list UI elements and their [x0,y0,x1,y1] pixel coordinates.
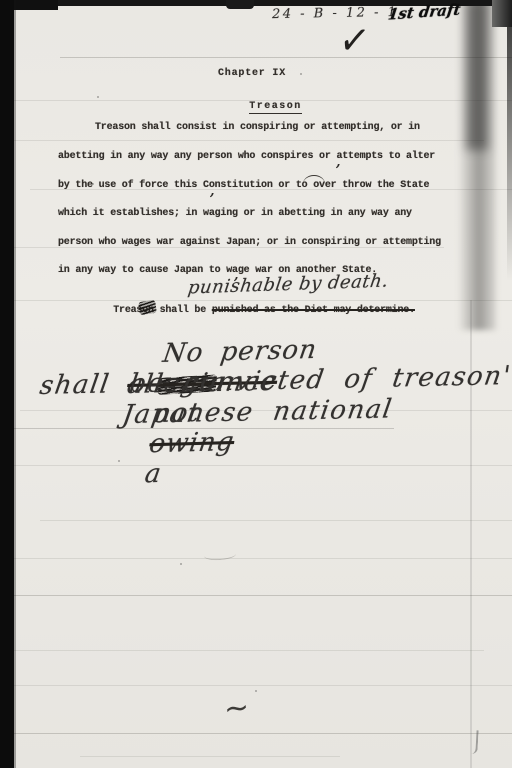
paragraph-line: Treason shall consist in conspiring or a… [95,122,420,133]
inserted-comma: , [210,184,215,199]
paper-speck [255,690,257,692]
handwriting-text: a [143,459,164,490]
paragraph-line: by the use of force this Constitution or… [58,180,429,191]
paper-speck [180,563,182,565]
draft-label-annotation: 1st draft [387,0,462,23]
scan-edge-right [507,0,512,280]
scan-streak [14,558,512,559]
tilde-squiggle-mark: ∼ [223,693,251,725]
chapter-title: Treason [226,90,302,123]
chapter-heading: Chapter IX [218,68,286,79]
scan-streak [14,685,512,686]
inserted-comma: , [336,155,341,170]
paragraph-line: which it establishes; in waging or in ab… [58,208,412,219]
scan-corner-top-right [492,0,512,27]
scanned-document-page: 24 - B - 12 - 1 1st draft ✓ Chapter IX T… [0,0,512,768]
scan-streak [14,733,512,734]
document-number-annotation: 24 - B - 12 - 1 [272,5,399,22]
page-curl-shadow-dark [466,0,488,150]
scan-streak [14,140,484,141]
scan-streak [80,756,340,757]
paragraph-line: person who wages war against Japan; or i… [58,237,441,248]
paragraph-line: abetting in any way any person who consp… [58,151,435,162]
close-up-tie-mark [303,175,325,184]
scan-edge-left [0,0,14,768]
scan-streak [60,57,512,58]
paper-speck [300,73,302,75]
pencil-mark-bottom-right [469,730,478,754]
scan-streak [14,595,512,596]
paper-speck [97,96,99,98]
scan-edge-top-blob [226,0,254,9]
chapter-title-text: Treason [249,101,302,114]
scan-streak [14,650,484,651]
faint-pencil-curve [204,549,237,561]
handwriting-text: Japanese national [120,394,395,430]
